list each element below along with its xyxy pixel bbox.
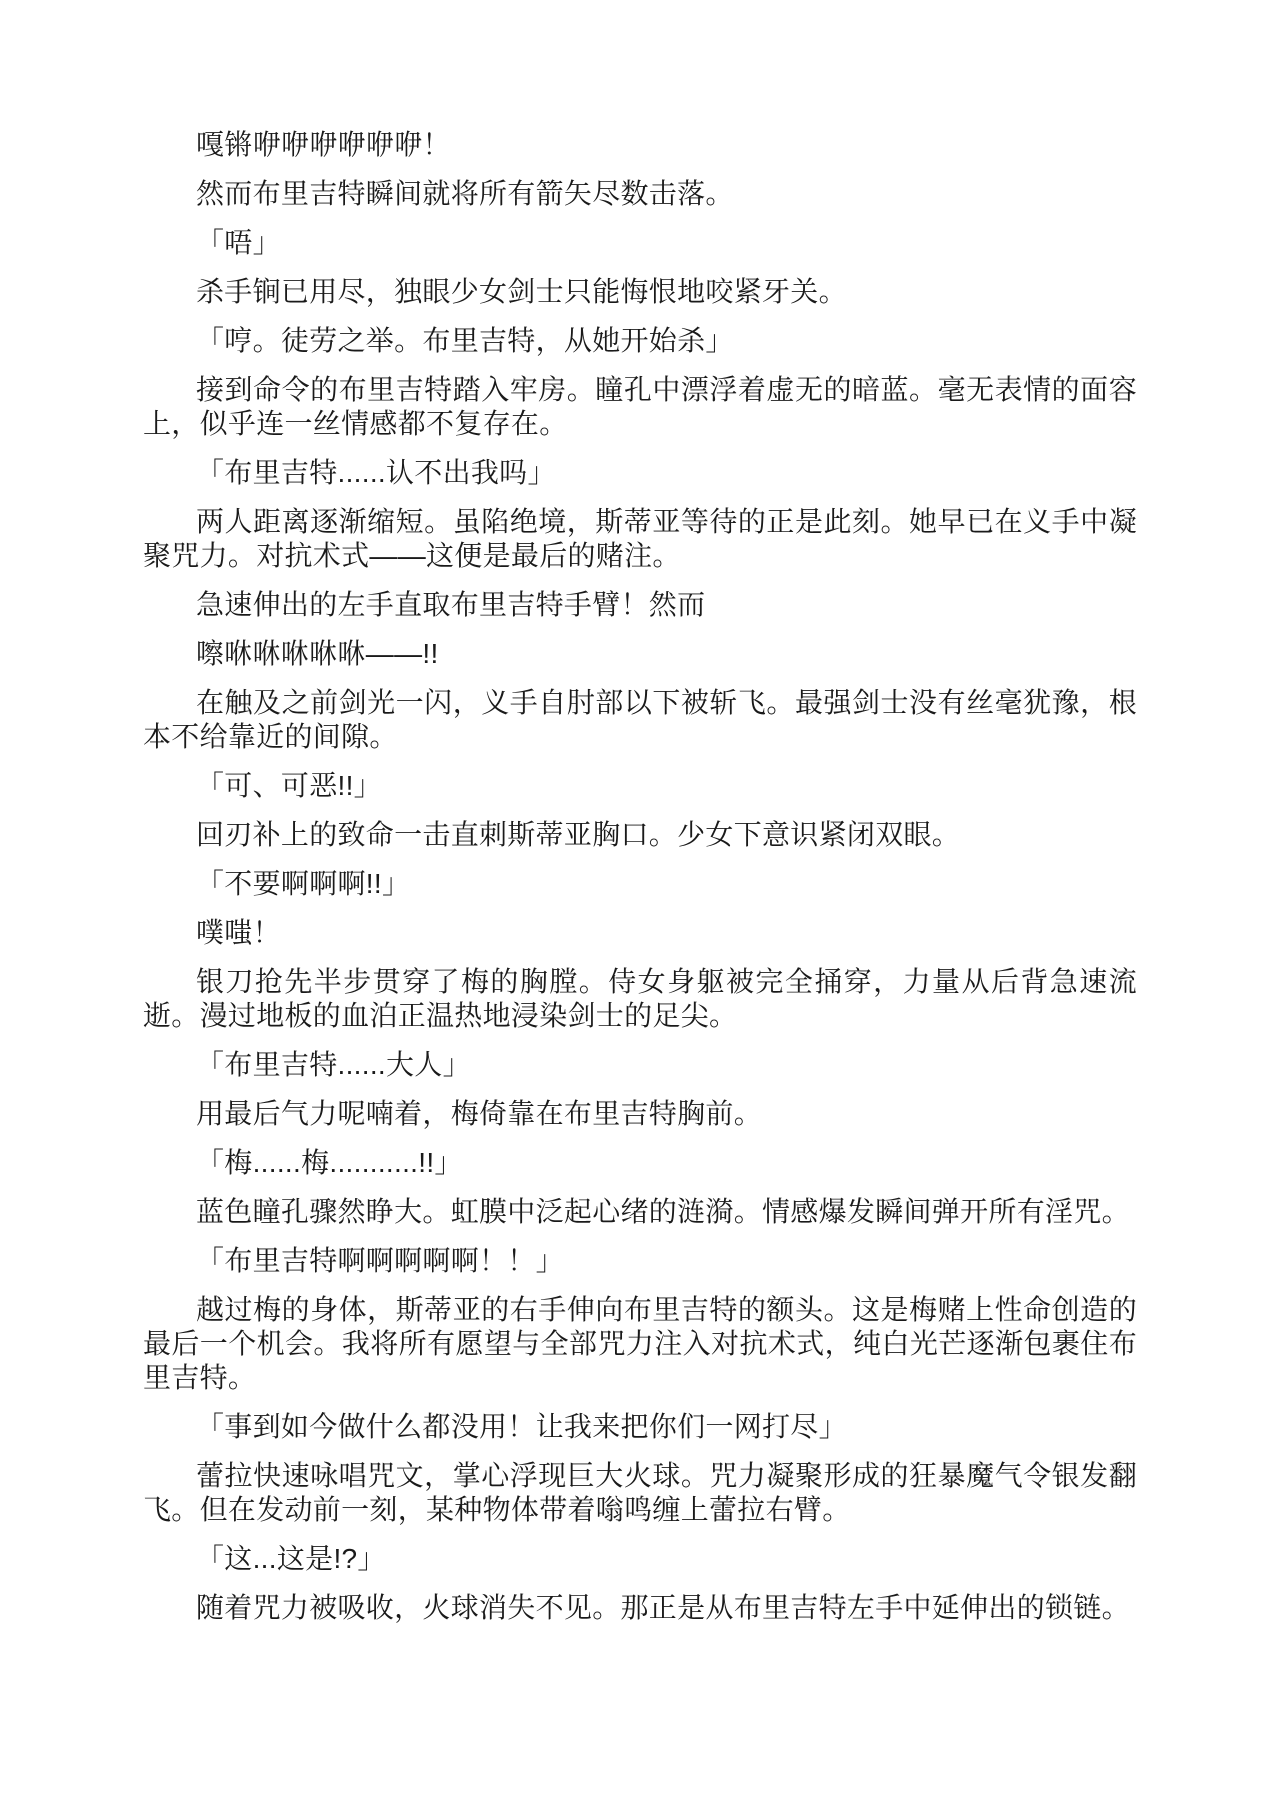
novel-paragraph: 「唔」 (143, 226, 1137, 260)
novel-paragraph: 「梅......梅...........!!」 (143, 1146, 1137, 1180)
novel-paragraph: 「事到如今做什么都没用！让我来把你们一网打尽」 (143, 1410, 1137, 1444)
novel-paragraph: 随着咒力被吸收，火球消失不见。那正是从布里吉特左手中延伸出的锁链。 (143, 1591, 1137, 1625)
novel-paragraph: 蕾拉快速咏唱咒文，掌心浮现巨大火球。咒力凝聚形成的狂暴魔气令银发翻飞。但在发动前… (143, 1459, 1137, 1527)
novel-paragraph: 「布里吉特啊啊啊啊啊！！」 (143, 1244, 1137, 1278)
novel-paragraph: 嚓咻咻咻咻咻——!! (143, 637, 1137, 671)
novel-paragraph: 接到命令的布里吉特踏入牢房。瞳孔中漂浮着虚无的暗蓝。毫无表情的面容上，似乎连一丝… (143, 373, 1137, 441)
novel-paragraph: 「可、可恶!!」 (143, 769, 1137, 803)
novel-paragraph: 用最后气力呢喃着，梅倚靠在布里吉特胸前。 (143, 1097, 1137, 1131)
novel-paragraph: 银刀抢先半步贯穿了梅的胸膛。侍女身躯被完全捅穿，力量从后背急速流逝。漫过地板的血… (143, 965, 1137, 1033)
novel-paragraph: 「布里吉特......认不出我吗」 (143, 456, 1137, 490)
novel-paragraph: 蓝色瞳孔骤然睁大。虹膜中泛起心绪的涟漪。情感爆发瞬间弹开所有淫咒。 (143, 1195, 1137, 1229)
novel-paragraph: 在触及之前剑光一闪，义手自肘部以下被斩飞。最强剑士没有丝毫犹豫，根本不给靠近的间… (143, 686, 1137, 754)
novel-paragraph: 然而布里吉特瞬间就将所有箭矢尽数击落。 (143, 177, 1137, 211)
novel-paragraph: 急速伸出的左手直取布里吉特手臂！然而 (143, 588, 1137, 622)
novel-page: 嘎锵咿咿咿咿咿咿！ 然而布里吉特瞬间就将所有箭矢尽数击落。 「唔」 杀手锏已用尽… (0, 0, 1280, 1808)
novel-paragraph: 杀手锏已用尽，独眼少女剑士只能悔恨地咬紧牙关。 (143, 275, 1137, 309)
novel-paragraph: 越过梅的身体，斯蒂亚的右手伸向布里吉特的额头。这是梅赌上性命创造的最后一个机会。… (143, 1293, 1137, 1395)
novel-paragraph: 「布里吉特......大人」 (143, 1048, 1137, 1082)
novel-paragraph: 回刃补上的致命一击直刺斯蒂亚胸口。少女下意识紧闭双眼。 (143, 818, 1137, 852)
novel-paragraph: 「不要啊啊啊!!」 (143, 867, 1137, 901)
novel-paragraph: 「这...这是!?」 (143, 1542, 1137, 1576)
novel-paragraph: 「哼。徒劳之举。布里吉特，从她开始杀」 (143, 324, 1137, 358)
novel-paragraph: 噗嗤！ (143, 916, 1137, 950)
novel-paragraph: 两人距离逐渐缩短。虽陷绝境，斯蒂亚等待的正是此刻。她早已在义手中凝聚咒力。对抗术… (143, 505, 1137, 573)
novel-paragraph: 嘎锵咿咿咿咿咿咿！ (143, 128, 1137, 162)
